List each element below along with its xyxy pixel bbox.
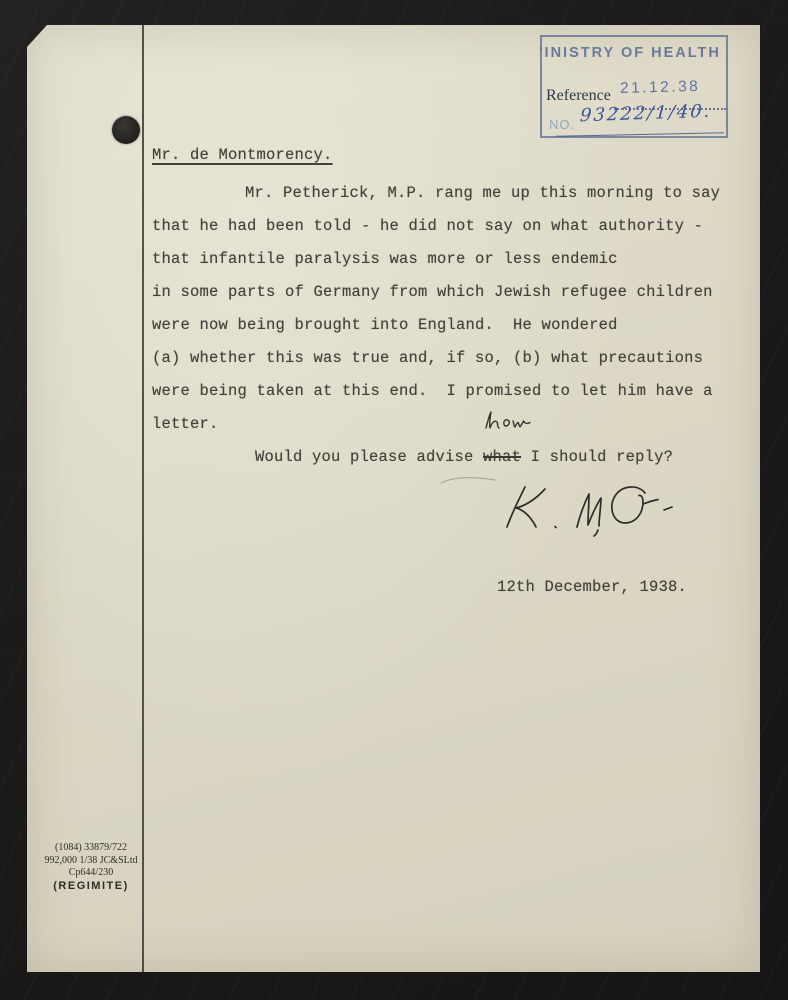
memo-date: 12th December, 1938. [497,577,687,597]
stamp-title: 'INISTRY OF HEALTH [538,45,722,61]
printer-imprint: (1084) 33879/722 992,000 1/38 JC&SLtd Cp… [43,842,139,892]
stamp-file-number: 93222/1/40. [579,101,712,127]
advise-line-prefix: Would you please advise [255,448,483,466]
imprint-line: 992,000 1/38 JC&SLtd [43,855,139,868]
signature-handwriting [495,477,673,539]
memo-body-line: Mr. Petherick, M.P. rang me up this morn… [245,183,720,203]
memo-advise-line: Would you please advise what I should re… [255,447,673,467]
imprint-line-regimite: (REGIMITE) [43,880,139,893]
memo-body-line: that infantile paralysis was more or les… [152,249,618,269]
pencil-mark [437,473,501,489]
punch-hole [112,116,140,144]
memo-body-line: were being taken at this end. I promised… [152,381,713,401]
advise-line-suffix: I should reply? [521,448,673,466]
memo-body-line: (a) whether this was true and, if so, (b… [152,348,703,368]
memo-body-line: letter. [152,414,219,434]
stamp-number-label: NO. [549,117,575,132]
memo-page: 'INISTRY OF HEALTH Reference 21.12.38 NO… [27,25,760,972]
ministry-stamp-box: 'INISTRY OF HEALTH Reference 21.12.38 NO… [540,35,728,138]
imprint-line: (1084) 33879/722 [43,842,139,855]
stamp-number-underline [556,132,724,137]
stamp-date: 21.12.38 [620,78,701,98]
margin-rule-line [142,25,144,972]
handwritten-correction-how [482,410,532,434]
imprint-line: Cp644/230 [43,867,139,880]
memo-body-line: in some parts of Germany from which Jewi… [152,282,713,302]
memo-addressee: Mr. de Montmorency. [152,145,333,165]
memo-body-line: were now being brought into England. He … [152,315,618,335]
memo-body-line: that he had been told - he did not say o… [152,216,703,236]
struck-word-what: what [483,448,521,466]
stamp-reference-label: Reference [546,87,611,105]
